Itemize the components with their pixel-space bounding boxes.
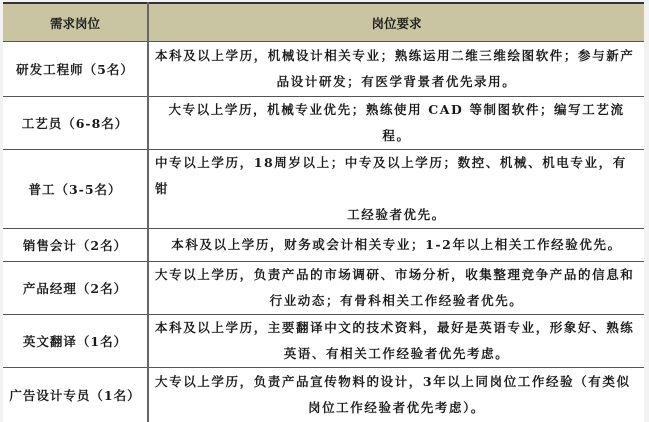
- requirements-line: 中专以上学历，18周岁以上；中专及以上学历；数控、机械、机电专业，有钳: [155, 150, 638, 202]
- position-cell: 销售会计（2名）: [3, 229, 148, 262]
- requirements-cell: 本科及以上学历，机械设计相关专业；熟练运用二维三维绘图软件；参与新产 品设计研发…: [148, 42, 644, 97]
- requirements-cell: 大专以上学历，负责产品宣传物料的设计，3年以上同岗位工作经验（有类似 岗位工作经…: [148, 368, 644, 381]
- table-header-row: 需求岗位 岗位要求: [3, 3, 644, 42]
- position-label: 英文翻译（1名）: [23, 334, 127, 349]
- position-cell: 研发工程师（5名）: [3, 42, 148, 97]
- requirements-line: 工经验者优先。: [155, 202, 638, 228]
- requirements-line: 大专以上学历，负责产品的市场调研、市场分析，收集整理竞争产品的信息和: [155, 262, 638, 288]
- job-requirements-table: 需求岗位 岗位要求 研发工程师（5名） 本科及以上学历，机械设计相关专业；熟练运…: [3, 2, 644, 380]
- requirements-line: 大专以上学历，机械专业优先；熟练使用 CAD 等制图软件；编写工艺流程。: [168, 102, 624, 143]
- table-row: 销售会计（2名） 本科及以上学历，财务或会计相关专业；1-2年以上相关工作经验优…: [3, 229, 644, 262]
- requirements-cell: 大专以上学历，负责产品的市场调研、市场分析，收集整理竞争产品的信息和 行业动态；…: [148, 262, 644, 315]
- table-row: 广告设计专员（1名） 大专以上学历，负责产品宣传物料的设计，3年以上同岗位工作经…: [3, 368, 644, 381]
- position-cell: 工艺员（6-8名）: [3, 97, 148, 150]
- requirements-cell: 本科及以上学历，主要翻译中文的技术资料，最好是英语专业，形象好、熟练 英语、有相…: [148, 315, 644, 368]
- header-requirements: 岗位要求: [148, 3, 644, 42]
- requirements-line: 大专以上学历，负责产品宣传物料的设计，3年以上同岗位工作经验（有类似: [155, 369, 638, 380]
- position-label: 销售会计（2名）: [23, 238, 127, 253]
- requirements-line: 英语、有相关工作经验者优先考虑。: [155, 341, 638, 367]
- requirements-cell: 本科及以上学历，财务或会计相关专业；1-2年以上相关工作经验优先。: [148, 229, 644, 262]
- header-position: 需求岗位: [3, 3, 148, 42]
- table-row: 研发工程师（5名） 本科及以上学历，机械设计相关专业；熟练运用二维三维绘图软件；…: [3, 42, 644, 97]
- requirements-line: 品设计研发；有医学背景者优先录用。: [155, 69, 638, 95]
- position-cell: 产品经理（2名）: [3, 262, 148, 315]
- requirements-line: 本科及以上学历，财务或会计相关专业；1-2年以上相关工作经验优先。: [171, 237, 621, 252]
- table-row: 产品经理（2名） 大专以上学历，负责产品的市场调研、市场分析，收集整理竞争产品的…: [3, 262, 644, 315]
- position-cell: 普工（3-5名）: [3, 150, 148, 229]
- requirements-cell: 大专以上学历，机械专业优先；熟练使用 CAD 等制图软件；编写工艺流程。: [148, 97, 644, 150]
- requirements-line: 本科及以上学历，主要翻译中文的技术资料，最好是英语专业，形象好、熟练: [155, 315, 638, 341]
- position-cell: 广告设计专员（1名）: [3, 368, 148, 381]
- requirements-cell: 中专以上学历，18周岁以上；中专及以上学历；数控、机械、机电专业，有钳 工经验者…: [148, 150, 644, 229]
- position-label: 普工（3-5名）: [28, 182, 121, 197]
- position-cell: 英文翻译（1名）: [3, 315, 148, 368]
- table-row: 普工（3-5名） 中专以上学历，18周岁以上；中专及以上学历；数控、机械、机电专…: [3, 150, 644, 229]
- table-row: 英文翻译（1名） 本科及以上学历，主要翻译中文的技术资料，最好是英语专业，形象好…: [3, 315, 644, 368]
- requirements-line: 行业动态；有骨科相关工作经验者优先。: [155, 288, 638, 314]
- position-label: 研发工程师（5名）: [16, 62, 134, 77]
- table-row: 工艺员（6-8名） 大专以上学历，机械专业优先；熟练使用 CAD 等制图软件；编…: [3, 97, 644, 150]
- position-label: 工艺员（6-8名）: [22, 116, 129, 131]
- document-page: 需求岗位 岗位要求 研发工程师（5名） 本科及以上学历，机械设计相关专业；熟练运…: [0, 0, 649, 380]
- position-label: 产品经理（2名）: [23, 281, 127, 296]
- requirements-line: 本科及以上学历，机械设计相关专业；熟练运用二维三维绘图软件；参与新产: [155, 43, 638, 69]
